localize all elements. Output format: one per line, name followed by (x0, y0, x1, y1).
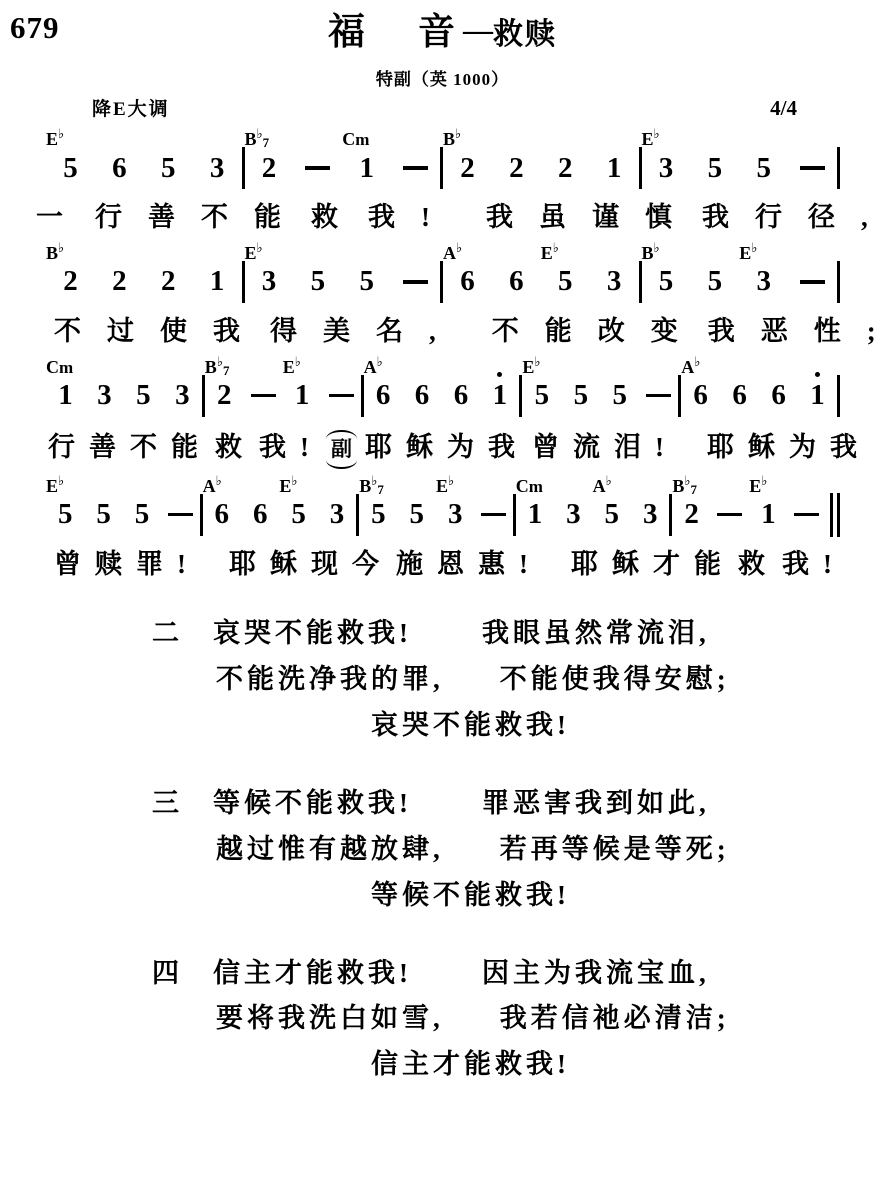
verse-phrase: 我若信祂必清洁; (500, 996, 730, 1042)
verse-phrase: 若再等候是等死; (500, 827, 730, 873)
verse-line: 要将我洗白如雪,我若信祂必清洁; (0, 996, 885, 1042)
lyric-segment: 曾赎罪! (54, 548, 200, 582)
note-slot: A♭6 (443, 261, 492, 303)
verse-phrase: 信主才能救我! (371, 1049, 570, 1079)
lyric-segment: 得美名, (270, 315, 462, 349)
chord-root-letter: E (541, 243, 553, 263)
note-digit: 5 (359, 267, 374, 296)
title-subtitle-text: 救赎 (493, 18, 557, 51)
note-slot: B♭72 (672, 494, 710, 536)
chord-root-letter: B (672, 476, 684, 496)
measure: B♭72Cm1 (245, 147, 441, 189)
note-digit: 6 (732, 381, 747, 410)
refrain-marker: 副 (328, 430, 355, 469)
music-system: Cm1353B♭72E♭1A♭6661E♭555A♭6661行善不能救我!副耶稣… (0, 375, 885, 468)
note-slot (788, 261, 837, 303)
note-slot: 6 (442, 375, 481, 417)
flat-sign-icon: ♭ (654, 241, 660, 256)
verse-phrase: 因主为我流宝血, (482, 951, 710, 997)
note-digit: 6 (460, 267, 475, 296)
flat-sign-icon: ♭ (606, 474, 612, 489)
music-systems: E♭5653B♭72Cm1B♭2221E♭355一行善不能救我!我虽谨慎我行径,… (0, 147, 885, 581)
note-digit: 5 (311, 267, 326, 296)
lyric-segment: 救 (311, 201, 364, 235)
note-digit: 5 (558, 267, 573, 296)
note-slot (391, 261, 440, 303)
chord-root-letter: A (593, 476, 606, 496)
chord-label: E♭ (739, 244, 757, 262)
note-digit: 5 (659, 267, 674, 296)
chord-root-letter: E (279, 476, 291, 496)
chord-root-letter: B (46, 243, 58, 263)
lyrics-row: 不过使我得美名,不能改变我恶性; (54, 315, 885, 349)
measure: Cm1353 (46, 375, 202, 417)
lyric-segment: 我行径, (702, 201, 885, 235)
note-digit: 3 (566, 500, 581, 529)
note-digit: 5 (136, 381, 151, 410)
note-digit: 5 (708, 154, 723, 183)
time-signature: 4/4 (770, 96, 797, 121)
verse-phrase: 等候不能救我! (371, 880, 570, 910)
note-slot: 3 (631, 494, 669, 536)
note-digit: 5 (613, 381, 628, 410)
note-digit: 5 (96, 500, 111, 529)
note-slot: 6 (403, 375, 442, 417)
lyric-segment: 耶稣现今 (229, 548, 393, 582)
measure: E♭5653 (46, 147, 242, 189)
lyric-segment: 耶稣为我 (365, 431, 529, 465)
note-digit: 6 (215, 500, 230, 529)
verse-line: 不能洗净我的罪,不能使我得安慰; (0, 657, 885, 703)
chord-label: B♭7 (245, 130, 270, 148)
note-digit: 2 (217, 381, 232, 410)
lyrics-row: 曾赎罪!耶稣现今施恩惠!耶稣才能救我! (54, 548, 885, 582)
note-slot: A♭6 (364, 375, 403, 417)
lyric-segment: 行善不能 (95, 201, 307, 235)
verse-block: 二哀哭不能救我!我眼虽然常流泪,不能洗净我的罪,不能使我得安慰;哀哭不能救我!三… (0, 611, 885, 1088)
verse: 三等候不能救我!罪恶害我到如此,越过惟有越放肆,若再等候是等死;等候不能救我! (0, 781, 885, 919)
verse: 四信主才能救我!因主为我流宝血,要将我洗白如雪,我若信祂必清洁;信主才能救我! (0, 951, 885, 1089)
note-slot: 1 (798, 375, 837, 417)
lyric-segment: 我虽谨慎 (486, 201, 698, 235)
key-signature-label: 降E大调 (92, 94, 170, 121)
flat-sign-icon: ♭ (295, 355, 301, 370)
lyric-segment: 不过使我 (54, 315, 266, 349)
chord-label: E♭ (749, 477, 767, 495)
flat-sign-icon: ♭ (553, 241, 559, 256)
note-slot (639, 375, 678, 417)
note-digit: 5 (535, 381, 550, 410)
chord-seventh-suffix: 7 (223, 363, 230, 378)
note-digit: 1 (58, 381, 73, 410)
chord-label: A♭ (593, 477, 612, 495)
lyric-segment: 曾流泪! (532, 431, 678, 465)
tune-reference: 特副（英 1000） (0, 65, 885, 90)
lyric-segment: 耶稣为我 (707, 431, 871, 465)
note-slot: Cm1 (516, 494, 554, 536)
note-digit: 6 (771, 381, 786, 410)
chord-label: B♭ (443, 130, 461, 148)
note-digit: 3 (756, 267, 771, 296)
verse-line: 二哀哭不能救我!我眼虽然常流泪, (0, 611, 885, 657)
chord-seventh-suffix: 7 (263, 135, 270, 150)
note-slot: E♭5 (522, 375, 561, 417)
note-slot (322, 375, 361, 417)
note-slot: B♭75 (359, 494, 397, 536)
chord-root-letter: E (46, 476, 58, 496)
flat-sign-icon: ♭ (58, 241, 64, 256)
note-slot: Cm1 (46, 375, 85, 417)
flat-sign-icon: ♭ (257, 127, 263, 142)
note-slot: 2 (492, 147, 541, 189)
note-slot: E♭3 (642, 147, 691, 189)
verse-phrase: 不能洗净我的罪, (216, 657, 444, 703)
chord-root-letter: B (205, 357, 217, 377)
note-slot: 3 (554, 494, 592, 536)
note-slot: 6 (241, 494, 279, 536)
note-slot (244, 375, 283, 417)
measure: E♭355 (642, 147, 838, 189)
note-slot: E♭1 (749, 494, 787, 536)
barline (837, 493, 840, 537)
chord-root-letter: A (681, 357, 694, 377)
flat-sign-icon: ♭ (694, 355, 700, 370)
note-slot: E♭5 (541, 261, 590, 303)
note-digit: 3 (607, 267, 622, 296)
note-digit: 3 (175, 381, 190, 410)
verse-refrain-line: 信主才能救我! (0, 1042, 885, 1088)
note-slot: Cm1 (342, 147, 391, 189)
verse-phrase: 等候不能救我! (213, 781, 412, 827)
note-digit: 5 (63, 154, 78, 183)
barline (830, 493, 833, 537)
flat-sign-icon: ♭ (58, 127, 64, 142)
note-slot: E♭5 (279, 494, 317, 536)
note-digit: 3 (659, 154, 674, 183)
chord-label: E♭ (279, 477, 297, 495)
note-slot: E♭3 (739, 261, 788, 303)
verse-number: 二 (152, 611, 179, 657)
held-note-dash (646, 394, 671, 398)
note-slot: 5 (739, 147, 788, 189)
note-slot: B♭2 (443, 147, 492, 189)
held-note-dash (800, 280, 825, 284)
chord-minor-suffix: m (355, 130, 369, 149)
note-digit: 1 (761, 500, 776, 529)
note-slot: 5 (342, 261, 391, 303)
verse-line: 三等候不能救我!罪恶害我到如此, (0, 781, 885, 827)
note-slot: 5 (84, 494, 122, 536)
note-slot (788, 494, 826, 536)
chord-label: Cm (342, 130, 369, 148)
chord-seventh-suffix: 7 (691, 482, 698, 497)
measure: E♭555 (522, 375, 678, 417)
note-digit: 2 (161, 267, 176, 296)
note-slot: E♭3 (245, 261, 294, 303)
chord-label: A♭ (364, 358, 383, 376)
flat-sign-icon: ♭ (654, 127, 660, 142)
note-slot: E♭1 (283, 375, 322, 417)
note-slot: 5 (690, 261, 739, 303)
barline (837, 147, 840, 189)
chord-label: A♭ (203, 477, 222, 495)
note-slot: 5 (124, 375, 163, 417)
chord-seventh-suffix: 7 (377, 482, 384, 497)
chord-label: Cm (516, 477, 543, 495)
measure: B♭2221 (46, 261, 242, 303)
verse-refrain-line: 哀哭不能救我! (0, 703, 885, 749)
verse-phrase: 哀哭不能救我! (213, 611, 412, 657)
held-note-dash (251, 394, 276, 398)
barline (837, 261, 840, 303)
note-slot: 3 (85, 375, 124, 417)
measure: B♭755E♭3 (359, 494, 513, 536)
measure: B♭2221 (443, 147, 639, 189)
note-slot: 1 (193, 261, 242, 303)
measure: E♭555 (46, 494, 200, 536)
chord-root-letter: C (342, 129, 355, 149)
note-digit: 5 (135, 500, 150, 529)
chord-root-letter: B (642, 243, 654, 263)
note-digit: 1 (295, 381, 310, 410)
note-slot: 2 (95, 261, 144, 303)
barline (837, 375, 840, 417)
chord-root-letter: E (749, 476, 761, 496)
chord-label: E♭ (436, 477, 454, 495)
note-slot: E♭5 (46, 147, 95, 189)
verse-phrase: 我眼虽然常流泪, (482, 611, 710, 657)
verse-number: 三 (152, 781, 179, 827)
note-slot: B♭72 (245, 147, 294, 189)
measure: A♭66E♭53 (443, 261, 639, 303)
chord-label: E♭ (46, 477, 64, 495)
note-digit: 5 (756, 154, 771, 183)
page-title: 福 音—救赎 (0, 0, 885, 51)
held-note-dash (481, 513, 506, 517)
flat-sign-icon: ♭ (377, 355, 383, 370)
verse: 二哀哭不能救我!我眼虽然常流泪,不能洗净我的罪,不能使我得安慰;哀哭不能救我! (0, 611, 885, 749)
note-digit: 6 (112, 154, 127, 183)
chord-label: E♭ (522, 358, 540, 376)
chord-root-letter: E (522, 357, 534, 377)
chord-root-letter: E (283, 357, 295, 377)
verse-phrase: 罪恶害我到如此, (482, 781, 710, 827)
chord-label: B♭7 (359, 477, 384, 495)
note-digit-high-octave: 1 (810, 381, 825, 410)
note-slot: 5 (600, 375, 639, 417)
note-slot: 5 (398, 494, 436, 536)
flat-sign-icon: ♭ (534, 355, 540, 370)
double-barline (830, 493, 840, 537)
measure: Cm13A♭53 (516, 494, 670, 536)
note-slot (788, 147, 837, 189)
chord-root-letter: B (443, 129, 455, 149)
chord-root-letter: E (436, 476, 448, 496)
lyric-segment: 救 (215, 431, 256, 465)
note-digit: 2 (112, 267, 127, 296)
lyric-segment: 我! (782, 548, 846, 582)
lyric-segment: 我! (368, 201, 456, 235)
measure: B♭55E♭3 (642, 261, 838, 303)
flat-sign-icon: ♭ (448, 474, 454, 489)
note-digit-high-octave: 1 (493, 381, 508, 410)
note-slot: 6 (720, 375, 759, 417)
note-digit: 6 (253, 500, 268, 529)
verse-refrain-line: 等候不能救我! (0, 873, 885, 919)
lyrics-row: 行善不能救我!副耶稣为我曾流泪!耶稣为我 (48, 429, 885, 468)
note-slot: E♭5 (46, 494, 84, 536)
flat-sign-icon: ♭ (257, 241, 263, 256)
note-slot: A♭6 (681, 375, 720, 417)
note-slot: 3 (163, 375, 202, 417)
lyric-segment: 不能改变 (492, 315, 704, 349)
note-digit: 6 (693, 381, 708, 410)
note-slot: B♭72 (205, 375, 244, 417)
chord-label: A♭ (681, 358, 700, 376)
note-slot (474, 494, 512, 536)
note-digit: 3 (97, 381, 112, 410)
lyric-segment: 我! (259, 431, 323, 465)
flat-sign-icon: ♭ (456, 241, 462, 256)
note-slot: 1 (480, 375, 519, 417)
flat-sign-icon: ♭ (761, 474, 767, 489)
lyric-segment: 施恩惠! (396, 548, 542, 582)
chord-label: B♭7 (205, 358, 230, 376)
note-slot: 5 (123, 494, 161, 536)
note-digit: 6 (415, 381, 430, 410)
note-digit: 5 (291, 500, 306, 529)
chord-label: B♭ (642, 244, 660, 262)
note-slot: B♭5 (642, 261, 691, 303)
note-slot: 3 (318, 494, 356, 536)
flat-sign-icon: ♭ (455, 127, 461, 142)
chord-label: E♭ (642, 130, 660, 148)
note-slot (711, 494, 749, 536)
note-slot: 3 (193, 147, 242, 189)
chord-root-letter: A (364, 357, 377, 377)
note-slot: B♭2 (46, 261, 95, 303)
held-note-dash (305, 166, 330, 170)
chord-label: Cm (46, 358, 73, 376)
verse-number-inline: 一 (36, 201, 63, 235)
note-digit: 5 (410, 500, 425, 529)
note-digit: 5 (605, 500, 620, 529)
note-digit: 3 (643, 500, 658, 529)
note-digit: 2 (460, 154, 475, 183)
chord-root-letter: E (46, 129, 58, 149)
chord-root-letter: C (46, 357, 59, 377)
chord-label: B♭7 (672, 477, 697, 495)
meta-row: 降E大调 4/4 (0, 94, 885, 121)
flat-sign-icon: ♭ (291, 474, 297, 489)
chord-root-letter: B (245, 129, 257, 149)
note-slot: 6 (95, 147, 144, 189)
note-digit: 5 (371, 500, 386, 529)
verse-phrase: 越过惟有越放肆, (216, 827, 444, 873)
note-slot: 5 (144, 147, 193, 189)
note-digit: 1 (528, 500, 543, 529)
measure: E♭355 (245, 261, 441, 303)
chord-label: E♭ (245, 244, 263, 262)
held-note-dash (168, 513, 193, 517)
flat-sign-icon: ♭ (216, 474, 222, 489)
chord-label: E♭ (46, 130, 64, 148)
note-digit: 3 (330, 500, 345, 529)
note-digit: 5 (574, 381, 589, 410)
flat-sign-icon: ♭ (751, 241, 757, 256)
notation-row: E♭5653B♭72Cm1B♭2221E♭355 (46, 147, 840, 189)
note-slot: A♭6 (203, 494, 241, 536)
chord-label: B♭ (46, 244, 64, 262)
chord-label: A♭ (443, 244, 462, 262)
chord-root-letter: A (443, 243, 456, 263)
verse-phrase: 信主才能救我! (213, 951, 412, 997)
note-digit: 5 (708, 267, 723, 296)
held-note-dash (800, 166, 825, 170)
flat-sign-icon: ♭ (58, 474, 64, 489)
note-slot: 2 (541, 147, 590, 189)
measure: A♭66E♭53 (203, 494, 357, 536)
verse-phrase: 哀哭不能救我! (371, 710, 570, 740)
held-note-dash (794, 513, 819, 517)
note-slot (293, 147, 342, 189)
note-digit: 1 (359, 154, 374, 183)
title-main-text: 福 音 (328, 12, 463, 53)
verse-line: 四信主才能救我!因主为我流宝血, (0, 951, 885, 997)
measure: A♭6661 (364, 375, 520, 417)
held-note-dash (717, 513, 742, 517)
note-digit: 2 (558, 154, 573, 183)
note-digit: 2 (509, 154, 524, 183)
chord-root-letter: E (739, 243, 751, 263)
lyric-segment: 耶稣才能 (571, 548, 735, 582)
chord-root-letter: E (642, 129, 654, 149)
hymn-number: 679 (10, 10, 60, 46)
measure: A♭6661 (681, 375, 837, 417)
note-digit: 5 (58, 500, 73, 529)
notation-row: B♭2221E♭355A♭66E♭53B♭55E♭3 (46, 261, 840, 303)
lyric-segment: 我恶性; (708, 315, 885, 349)
note-digit: 6 (454, 381, 469, 410)
note-slot: 5 (293, 261, 342, 303)
notation-row: E♭555A♭66E♭53B♭755E♭3Cm13A♭53B♭72E♭1 (46, 494, 840, 536)
note-digit: 3 (448, 500, 463, 529)
note-slot (391, 147, 440, 189)
lyrics-row: 一行善不能救我!我虽谨慎我行径, (36, 201, 885, 235)
measure: B♭72E♭1 (205, 375, 361, 417)
note-slot: 5 (561, 375, 600, 417)
held-note-dash (403, 280, 428, 284)
verse-line: 越过惟有越放肆,若再等候是等死; (0, 827, 885, 873)
note-slot (161, 494, 199, 536)
chord-root-letter: A (203, 476, 216, 496)
held-note-dash (329, 394, 354, 398)
note-slot: 2 (144, 261, 193, 303)
note-slot: 6 (759, 375, 798, 417)
verse-phrase: 不能使我得安慰; (500, 657, 730, 703)
music-system: E♭5653B♭72Cm1B♭2221E♭355一行善不能救我!我虽谨慎我行径, (0, 147, 885, 235)
chord-label: E♭ (283, 358, 301, 376)
notation-row: Cm1353B♭72E♭1A♭6661E♭555A♭6661 (46, 375, 840, 417)
note-slot: 1 (590, 147, 639, 189)
music-system: E♭555A♭66E♭53B♭755E♭3Cm13A♭53B♭72E♭1曾赎罪!… (0, 494, 885, 582)
note-digit: 5 (161, 154, 176, 183)
flat-sign-icon: ♭ (684, 474, 690, 489)
chord-root-letter: E (245, 243, 257, 263)
note-slot: 3 (590, 261, 639, 303)
chord-root-letter: C (516, 476, 529, 496)
note-digit: 2 (63, 267, 78, 296)
